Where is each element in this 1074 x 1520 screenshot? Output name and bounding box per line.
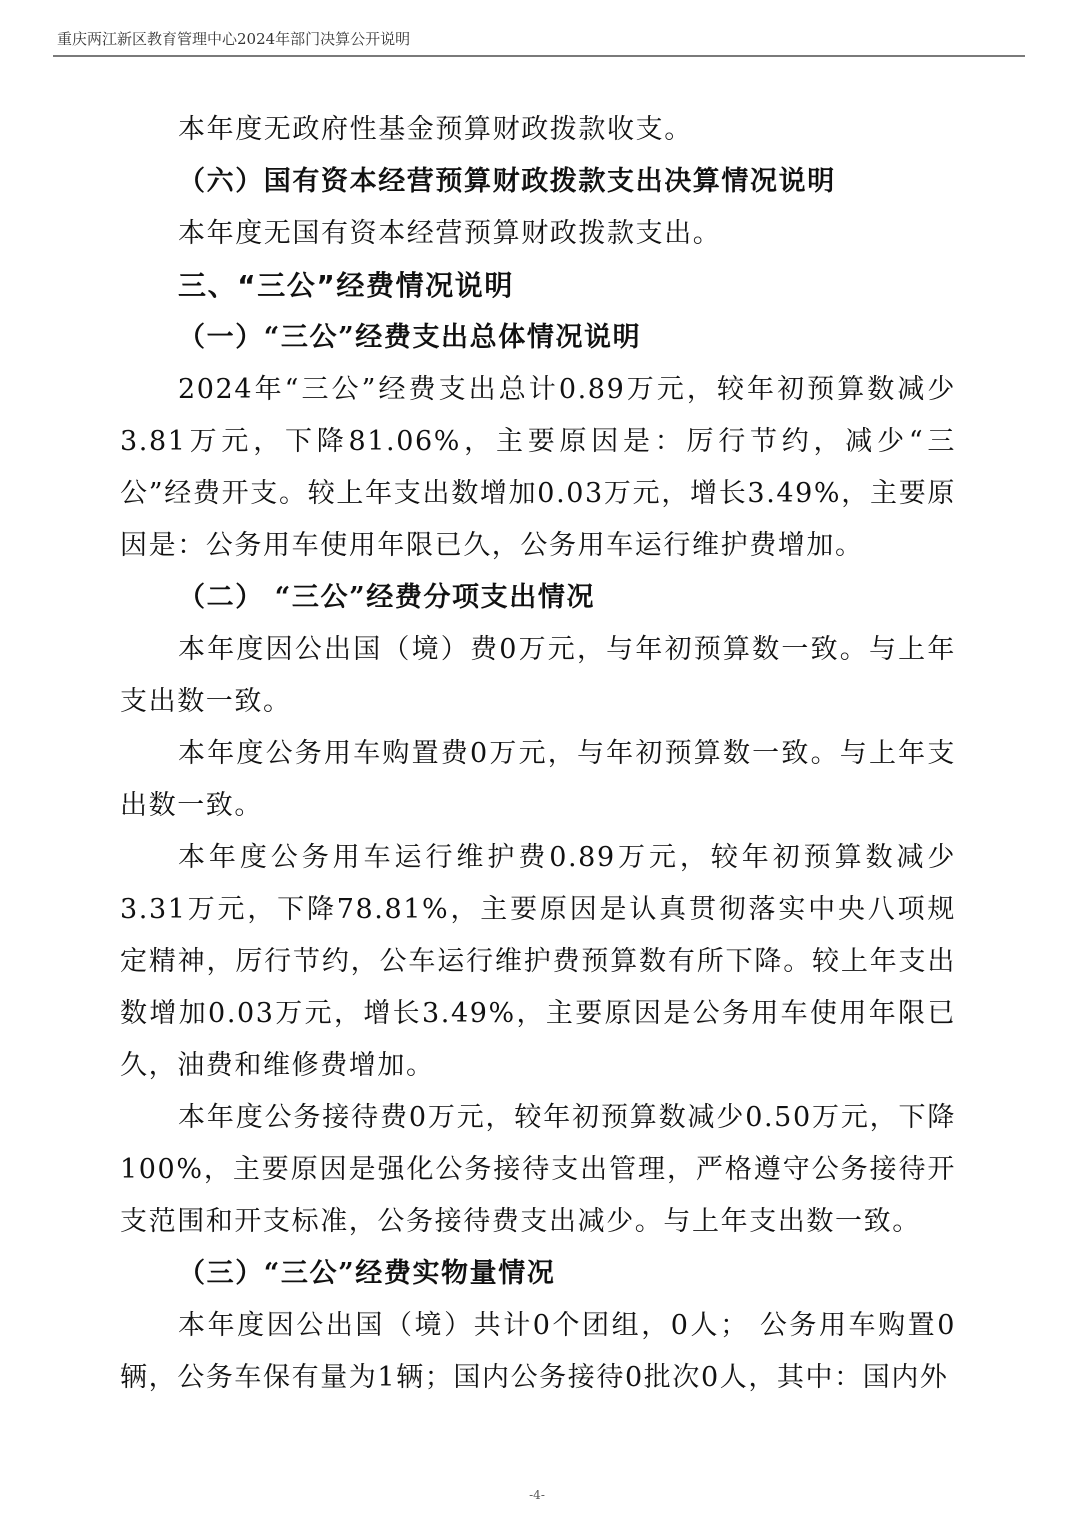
paragraph-vehicle-purchase: 本年度公务用车购置费0万元，与年初预算数一致。与上年支出数一致。 bbox=[120, 728, 956, 832]
page-number: -4- bbox=[0, 1488, 1074, 1502]
heading-section-6: （六）国有资本经营预算财政拨款支出决算情况说明 bbox=[120, 156, 956, 208]
document-body: 本年度无政府性基金预算财政拨款收支。 （六）国有资本经营预算财政拨款支出决算情况… bbox=[120, 104, 956, 1404]
heading-itemized-expenses: （二） “三公”经费分项支出情况 bbox=[120, 572, 956, 624]
running-header: 重庆两江新区教育管理中心2024年部门决算公开说明 bbox=[53, 28, 1025, 57]
paragraph-physical-quantity: 本年度因公出国（境）共计0个团组，0人； 公务用车购置0辆，公务车保有量为1辆；… bbox=[120, 1300, 956, 1404]
heading-physical-quantity: （三）“三公”经费实物量情况 bbox=[120, 1248, 956, 1300]
paragraph-reception: 本年度公务接待费0万元，较年初预算数减少0.50万元，下降100%，主要原因是强… bbox=[120, 1092, 956, 1248]
paragraph-no-state-capital: 本年度无国有资本经营预算财政拨款支出。 bbox=[120, 208, 956, 260]
heading-overall-expenses: （一）“三公”经费支出总体情况说明 bbox=[120, 312, 956, 364]
paragraph-overall-expenses: 2024年“三公”经费支出总计0.89万元，较年初预算数减少3.81万元，下降8… bbox=[120, 364, 956, 572]
paragraph-vehicle-maintenance: 本年度公务用车运行维护费0.89万元，较年初预算数减少3.31万元，下降78.8… bbox=[120, 832, 956, 1092]
paragraph-overseas-travel: 本年度因公出国（境）费0万元，与年初预算数一致。与上年支出数一致。 bbox=[120, 624, 956, 728]
paragraph-no-gov-fund: 本年度无政府性基金预算财政拨款收支。 bbox=[120, 104, 956, 156]
heading-three-public-expenses: 三、“三公”经费情况说明 bbox=[120, 260, 956, 312]
